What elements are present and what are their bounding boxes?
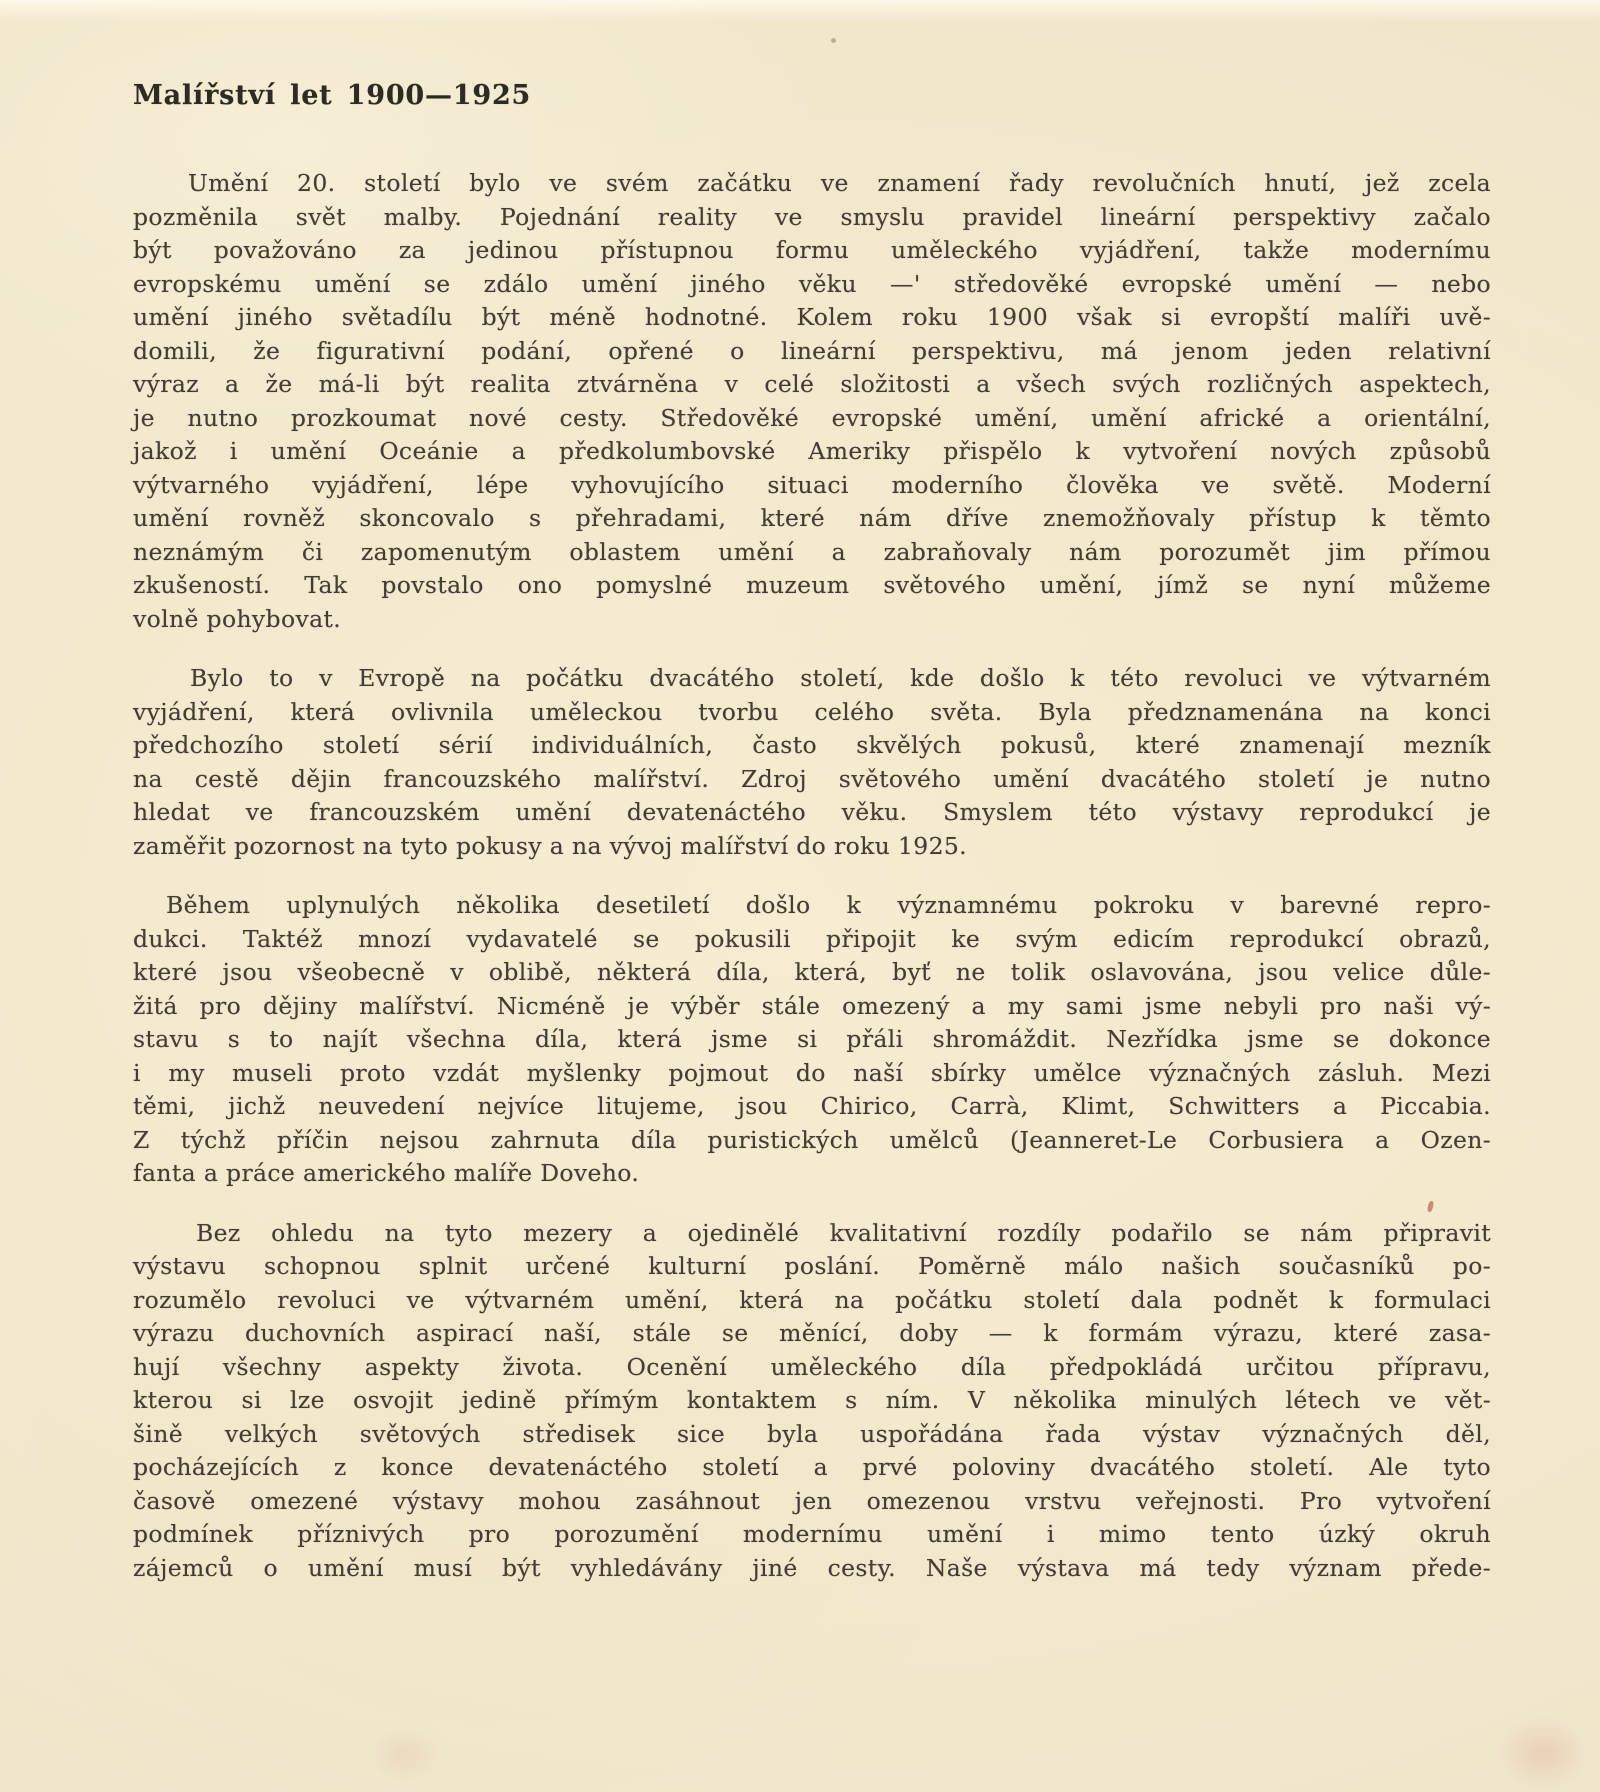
text-line: domili, že figurativní podání, opřené o … — [133, 335, 1491, 369]
text-line: pozměnila svět malby. Pojednání reality … — [133, 201, 1491, 235]
text-line: šině velkých světových středisek sice by… — [133, 1418, 1491, 1452]
text-line: zkušeností. Tak povstalo ono pomyslné mu… — [133, 569, 1491, 603]
paragraph-1: Umění 20. století bylo ve svém začátku v… — [133, 167, 1491, 636]
text-line: které jsou všeobecně v oblibě, některá d… — [133, 956, 1491, 990]
scan-speck — [831, 38, 836, 43]
scan-smudge — [370, 1730, 440, 1780]
text-line: jakož i umění Oceánie a předkolumbovské … — [133, 435, 1491, 469]
text-line: stavu s to najít všechna díla, která jsm… — [133, 1023, 1491, 1057]
text-line: i my museli proto vzdát myšlenky pojmout… — [133, 1057, 1491, 1091]
text-line: volně pohybovat. — [133, 603, 1491, 637]
text-line: být považováno za jedinou přístupnou for… — [133, 234, 1491, 268]
paragraph-3: Během uplynulých několika desetiletí doš… — [133, 889, 1491, 1191]
scan-smudge — [1498, 1718, 1588, 1788]
text-line: zájemců o umění musí být vyhledávány jin… — [133, 1552, 1491, 1586]
text-line: na cestě dějin francouzského malířství. … — [133, 763, 1491, 797]
text-line: kterou si lze osvojit jedině přímým kont… — [133, 1384, 1491, 1418]
paragraph-4: Bez ohledu na tyto mezery a ojedinělé kv… — [133, 1217, 1491, 1586]
text-line: hledat ve francouzském umění devatenácté… — [133, 796, 1491, 830]
text-line: fanta a práce amerického malíře Doveho. — [133, 1157, 1491, 1191]
text-line: podmínek příznivých pro porozumění moder… — [133, 1518, 1491, 1552]
text-line: předchozího století sérií individuálních… — [133, 729, 1491, 763]
text-line: neznámým či zapomenutým oblastem umění a… — [133, 536, 1491, 570]
text-line: umění jiného světadílu být méně hodnotné… — [133, 301, 1491, 335]
text-line: Během uplynulých několika desetiletí doš… — [133, 889, 1491, 923]
text-line: výrazu duchovních aspirací naší, stále s… — [133, 1317, 1491, 1351]
text-line: Bez ohledu na tyto mezery a ojedinělé kv… — [133, 1217, 1491, 1251]
text-line: je nutno prozkoumat nové cesty. Středově… — [133, 402, 1491, 436]
text-line: rozumělo revoluci ve výtvarném umění, kt… — [133, 1284, 1491, 1318]
text-line: Z týchž příčin nejsou zahrnuta díla puri… — [133, 1124, 1491, 1158]
text-line: evropskému umění se zdálo umění jiného v… — [133, 268, 1491, 302]
document-title: Malířství let 1900—1925 — [133, 80, 531, 111]
text-line: těmi, jichž neuvedení nejvíce litujeme, … — [133, 1090, 1491, 1124]
document-body: Umění 20. století bylo ve svém začátku v… — [133, 167, 1491, 1611]
text-line: dukci. Taktéž mnozí vydavatelé se pokusi… — [133, 923, 1491, 957]
text-line: žitá pro dějiny malířství. Nicméně je vý… — [133, 990, 1491, 1024]
text-line: výraz a že má-li být realita ztvárněna v… — [133, 368, 1491, 402]
paragraph-2: Bylo to v Evropě na počátku dvacátého st… — [133, 662, 1491, 863]
text-line: zaměřit pozornost na tyto pokusy a na vý… — [133, 830, 1491, 864]
text-line: výstavu schopnou splnit určené kulturní … — [133, 1250, 1491, 1284]
text-line: časově omezené výstavy mohou zasáhnout j… — [133, 1485, 1491, 1519]
text-line: Umění 20. století bylo ve svém začátku v… — [133, 167, 1491, 201]
text-line: pocházejících z konce devatenáctého stol… — [133, 1451, 1491, 1485]
text-line: výtvarného vyjádření, lépe vyhovujícího … — [133, 469, 1491, 503]
text-line: vyjádření, která ovlivnila uměleckou tvo… — [133, 696, 1491, 730]
scanned-document-page: Malířství let 1900—1925 Umění 20. stolet… — [0, 0, 1600, 1792]
text-line: hují všechny aspekty života. Ocenění umě… — [133, 1351, 1491, 1385]
text-line: umění rovněž skoncovalo s přehradami, kt… — [133, 502, 1491, 536]
text-line: Bylo to v Evropě na počátku dvacátého st… — [133, 662, 1491, 696]
